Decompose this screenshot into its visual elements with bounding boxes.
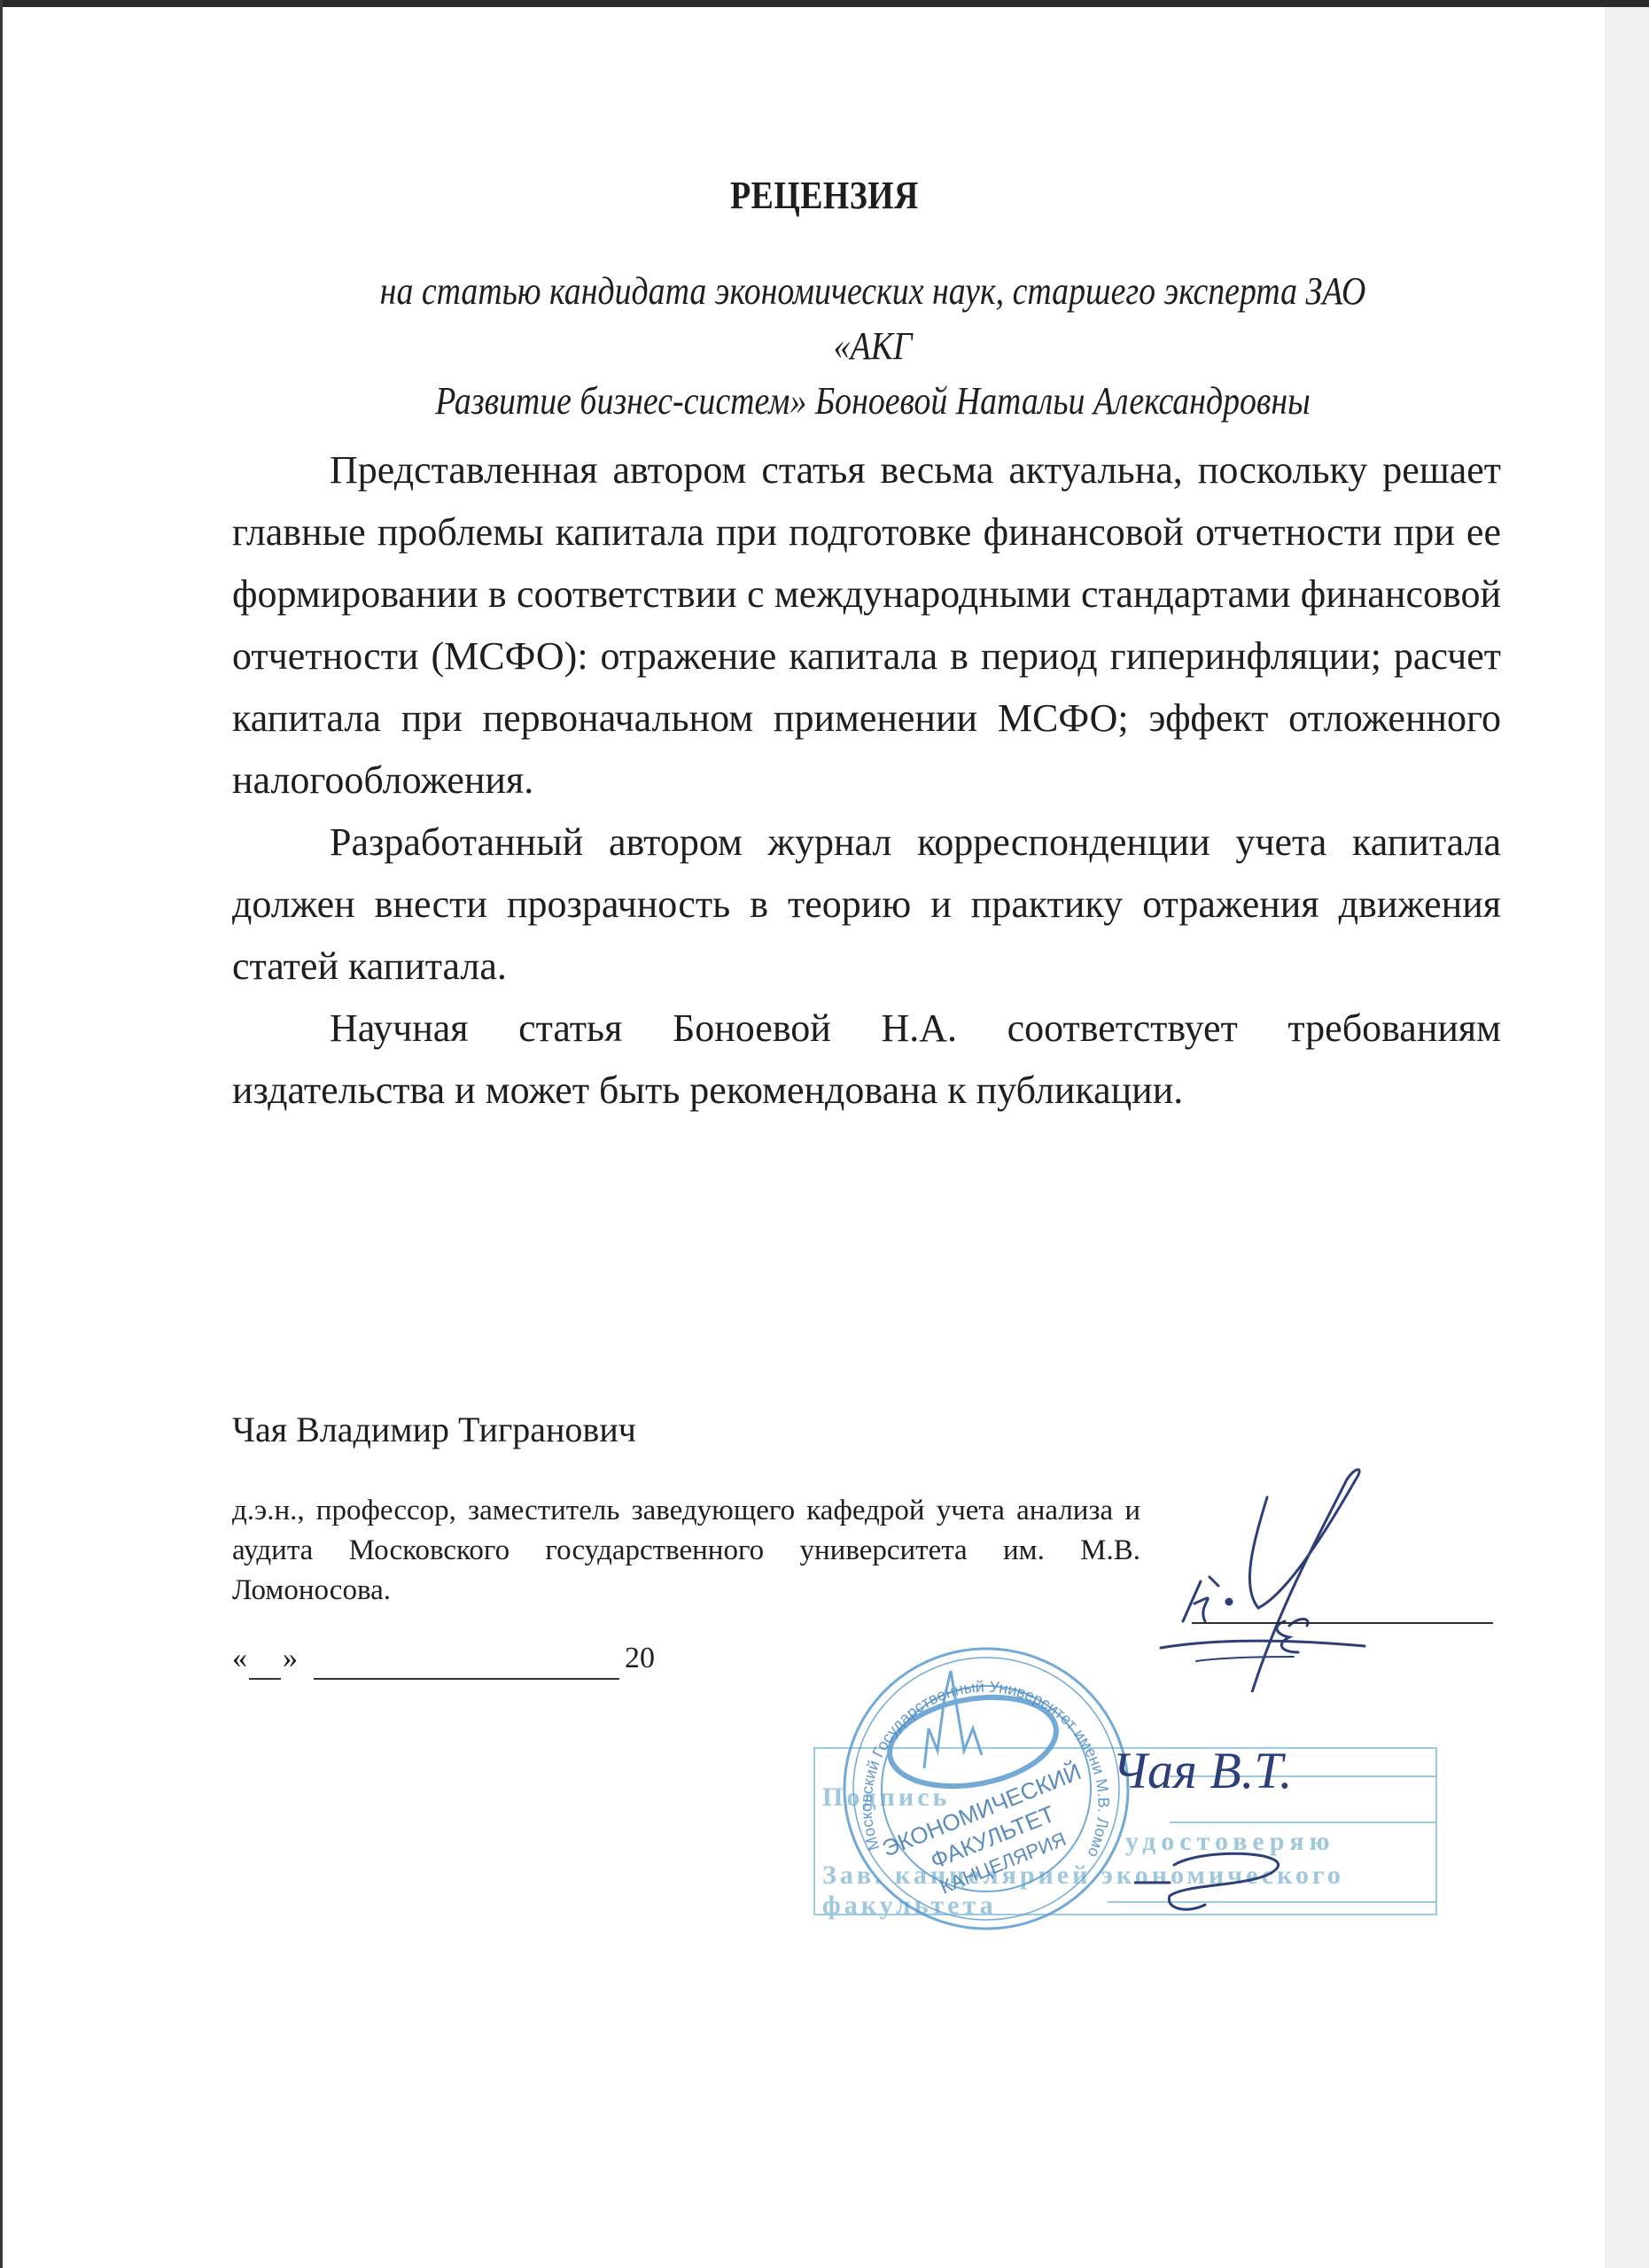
signature-icon	[1143, 1435, 1515, 1692]
date-year-prefix: 20	[625, 1642, 655, 1674]
scan-top-edge	[0, 0, 1649, 7]
paragraph: Разработанный автором журнал корреспонде…	[232, 812, 1501, 998]
date-line: « » 20	[232, 1639, 655, 1680]
handwritten-name: Чая В.Т.	[1112, 1741, 1292, 1800]
reviewer-credentials: д.э.н., профессор, заместитель заведующе…	[232, 1491, 1140, 1611]
reviewer-name: Чая Владимир Тигранович	[232, 1409, 636, 1451]
faculty-seal-icon: Московский Государственный Университет и…	[840, 1644, 1132, 1933]
signature-line	[1192, 1622, 1493, 1624]
document-subtitle: на статью кандидата экономических наук, …	[343, 264, 1402, 429]
stamp-line	[1170, 1821, 1435, 1823]
date-open-quote: «	[232, 1642, 247, 1674]
stamp-signature-icon	[1134, 1847, 1329, 1918]
scan-right-margin	[1605, 7, 1649, 2268]
paragraph: Научная статья Боноевой Н.А. соответству…	[232, 998, 1501, 1122]
date-month-blank	[314, 1639, 619, 1680]
date-day-blank	[249, 1639, 281, 1680]
subtitle-line: на статью кандидата экономических наук, …	[343, 264, 1402, 374]
date-close-quote: »	[283, 1642, 298, 1674]
paragraph: Представленная автором статья весьма акт…	[232, 439, 1501, 812]
review-body: Представленная автором статья весьма акт…	[232, 439, 1501, 1122]
subtitle-line: Развитие бизнес-систем» Боноевой Натальи…	[343, 374, 1402, 429]
document-title: РЕЦЕНЗИЯ	[115, 174, 1533, 218]
